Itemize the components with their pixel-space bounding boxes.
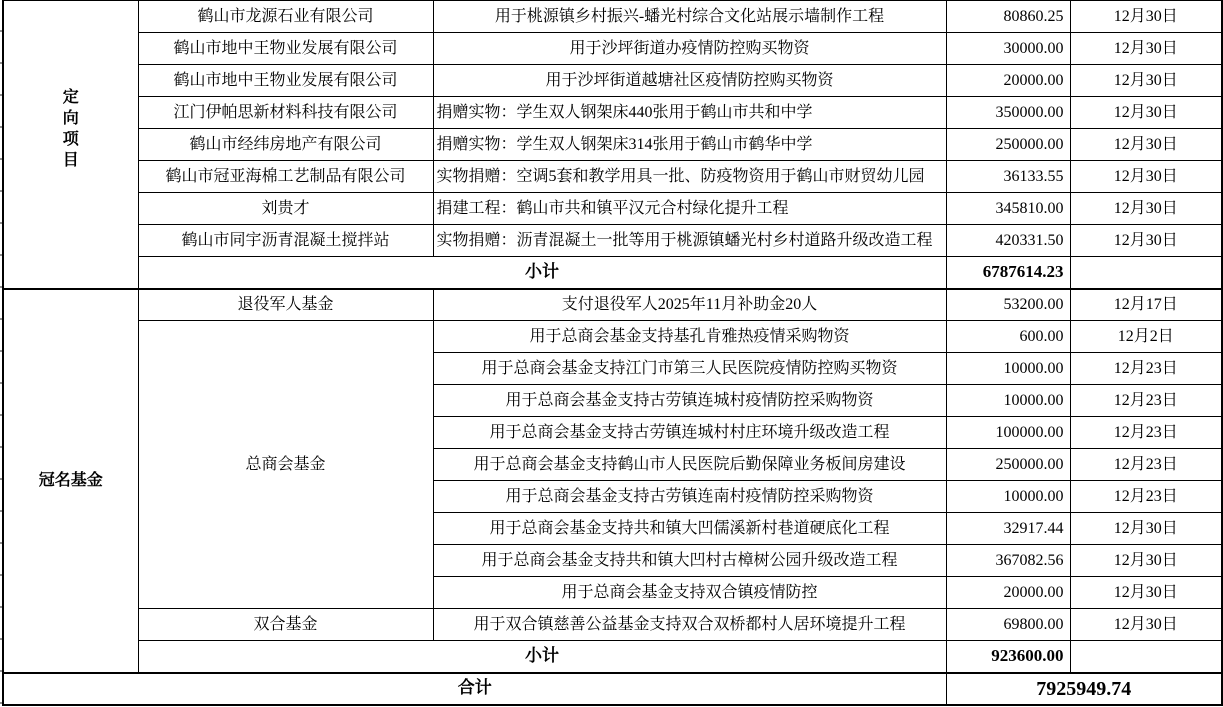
cropped-column-gridline-ticks: [0, 0, 2, 706]
category-label: 定向项目: [62, 87, 80, 171]
date-cell-empty: [1070, 641, 1222, 673]
donor-cell: 鹤山市同宇沥青混凝土搅拌站: [138, 225, 433, 257]
date-cell: 12月30日: [1070, 609, 1222, 641]
desc-cell: 用于总商会基金支持江门市第三人民医院疫情防控购买物资: [433, 353, 946, 385]
desc-cell: 用于总商会基金支持古劳镇连城村疫情防控采购物资: [433, 385, 946, 417]
desc-cell: 用于总商会基金支持基孔肯雅热疫情采购物资: [433, 321, 946, 353]
desc-cell: 用于沙坪街道越塘社区疫情防控购买物资: [433, 65, 946, 97]
date-cell: 12月17日: [1070, 289, 1222, 321]
table-row: 总商会基金 用于总商会基金支持基孔肯雅热疫情采购物资 600.00 12月2日: [3, 321, 1222, 353]
amount-cell: 36133.55: [946, 161, 1070, 193]
amount-cell: 367082.56: [946, 545, 1070, 577]
table-row: 鹤山市地中王物业发展有限公司 用于沙坪街道越塘社区疫情防控购买物资 20000.…: [3, 65, 1222, 97]
category-cell: 冠名基金: [3, 289, 138, 673]
table-row: 鹤山市经纬房地产有限公司 捐赠实物：学生双人钢架床314张用于鹤山市鹤华中学 2…: [3, 129, 1222, 161]
date-cell: 12月23日: [1070, 449, 1222, 481]
desc-cell: 用于桃源镇乡村振兴-蟠光村综合文化站展示墙制作工程: [433, 1, 946, 33]
donor-cell: 刘贵才: [138, 193, 433, 225]
amount-cell: 350000.00: [946, 97, 1070, 129]
desc-cell: 实物捐赠：沥青混凝土一批等用于桃源镇蟠光村乡村道路升级改造工程: [433, 225, 946, 257]
spreadsheet-table-crop: 定向项目 鹤山市龙源石业有限公司 用于桃源镇乡村振兴-蟠光村综合文化站展示墙制作…: [0, 0, 1223, 707]
date-cell: 12月30日: [1070, 1, 1222, 33]
total-row: 合计 7925949.74: [3, 673, 1222, 705]
table-row: 定向项目 鹤山市龙源石业有限公司 用于桃源镇乡村振兴-蟠光村综合文化站展示墙制作…: [3, 1, 1222, 33]
amount-cell: 100000.00: [946, 417, 1070, 449]
date-cell-empty: [1070, 257, 1222, 289]
desc-cell: 用于总商会基金支持共和镇大凹儒溪新村巷道硬底化工程: [433, 513, 946, 545]
desc-cell: 实物捐赠：空调5套和教学用具一批、防疫物资用于鹤山市财贸幼儿园: [433, 161, 946, 193]
subtotal-label: 小计: [138, 641, 946, 673]
table-row: 冠名基金 退役军人基金 支付退役军人2025年11月补助金20人 53200.0…: [3, 289, 1222, 321]
amount-cell: 600.00: [946, 321, 1070, 353]
amount-cell: 10000.00: [946, 385, 1070, 417]
table-row: 双合基金 用于双合镇慈善公益基金支持双合双桥都村人居环境提升工程 69800.0…: [3, 609, 1222, 641]
fund-cell: 退役军人基金: [138, 289, 433, 321]
total-label: 合计: [3, 673, 946, 705]
amount-cell: 420331.50: [946, 225, 1070, 257]
date-cell: 12月30日: [1070, 65, 1222, 97]
table-row: 鹤山市地中王物业发展有限公司 用于沙坪街道办疫情防控购买物资 30000.00 …: [3, 33, 1222, 65]
donor-cell: 鹤山市地中王物业发展有限公司: [138, 65, 433, 97]
amount-cell: 69800.00: [946, 609, 1070, 641]
table-row: 鹤山市冠亚海棉工艺制品有限公司 实物捐赠：空调5套和教学用具一批、防疫物资用于鹤…: [3, 161, 1222, 193]
table-row: 江门伊帕思新材料科技有限公司 捐赠实物：学生双人钢架床440张用于鹤山市共和中学…: [3, 97, 1222, 129]
subtotal-row: 小计 923600.00: [3, 641, 1222, 673]
amount-cell: 10000.00: [946, 353, 1070, 385]
date-cell: 12月30日: [1070, 161, 1222, 193]
donations-table: 定向项目 鹤山市龙源石业有限公司 用于桃源镇乡村振兴-蟠光村综合文化站展示墙制作…: [2, 0, 1223, 706]
desc-cell: 捐建工程：鹤山市共和镇平汉元合村绿化提升工程: [433, 193, 946, 225]
amount-cell: 250000.00: [946, 449, 1070, 481]
desc-cell: 支付退役军人2025年11月补助金20人: [433, 289, 946, 321]
amount-cell: 53200.00: [946, 289, 1070, 321]
subtotal-label: 小计: [138, 257, 946, 289]
fund-cell: 双合基金: [138, 609, 433, 641]
donor-cell: 鹤山市经纬房地产有限公司: [138, 129, 433, 161]
desc-cell: 捐赠实物：学生双人钢架床440张用于鹤山市共和中学: [433, 97, 946, 129]
date-cell: 12月23日: [1070, 481, 1222, 513]
desc-cell: 用于总商会基金支持双合镇疫情防控: [433, 577, 946, 609]
donor-cell: 鹤山市龙源石业有限公司: [138, 1, 433, 33]
amount-cell: 250000.00: [946, 129, 1070, 161]
amount-cell: 20000.00: [946, 65, 1070, 97]
amount-cell: 32917.44: [946, 513, 1070, 545]
fund-cell: 总商会基金: [138, 321, 433, 609]
date-cell: 12月23日: [1070, 385, 1222, 417]
date-cell: 12月30日: [1070, 513, 1222, 545]
table-row: 刘贵才 捐建工程：鹤山市共和镇平汉元合村绿化提升工程 345810.00 12月…: [3, 193, 1222, 225]
date-cell: 12月23日: [1070, 417, 1222, 449]
desc-cell: 用于总商会基金支持古劳镇连南村疫情防控采购物资: [433, 481, 946, 513]
date-cell: 12月30日: [1070, 545, 1222, 577]
table-row: 鹤山市同宇沥青混凝土搅拌站 实物捐赠：沥青混凝土一批等用于桃源镇蟠光村乡村道路升…: [3, 225, 1222, 257]
amount-cell: 20000.00: [946, 577, 1070, 609]
date-cell: 12月23日: [1070, 353, 1222, 385]
subtotal-row: 小计 6787614.23: [3, 257, 1222, 289]
date-cell: 12月30日: [1070, 33, 1222, 65]
date-cell: 12月2日: [1070, 321, 1222, 353]
subtotal-amount: 923600.00: [946, 641, 1070, 673]
desc-cell: 捐赠实物：学生双人钢架床314张用于鹤山市鹤华中学: [433, 129, 946, 161]
desc-cell: 用于总商会基金支持鹤山市人民医院后勤保障业务板间房建设: [433, 449, 946, 481]
date-cell: 12月30日: [1070, 193, 1222, 225]
donor-cell: 鹤山市地中王物业发展有限公司: [138, 33, 433, 65]
desc-cell: 用于总商会基金支持共和镇大凹村古樟树公园升级改造工程: [433, 545, 946, 577]
subtotal-amount: 6787614.23: [946, 257, 1070, 289]
desc-cell: 用于沙坪街道办疫情防控购买物资: [433, 33, 946, 65]
date-cell: 12月30日: [1070, 225, 1222, 257]
category-cell: 定向项目: [3, 1, 138, 289]
category-label: 冠名基金: [39, 472, 103, 489]
amount-cell: 10000.00: [946, 481, 1070, 513]
desc-cell: 用于双合镇慈善公益基金支持双合双桥都村人居环境提升工程: [433, 609, 946, 641]
amount-cell: 30000.00: [946, 33, 1070, 65]
date-cell: 12月30日: [1070, 97, 1222, 129]
amount-cell: 80860.25: [946, 1, 1070, 33]
total-amount: 7925949.74: [946, 673, 1222, 705]
donor-cell: 鹤山市冠亚海棉工艺制品有限公司: [138, 161, 433, 193]
desc-cell: 用于总商会基金支持古劳镇连城村村庄环境升级改造工程: [433, 417, 946, 449]
date-cell: 12月30日: [1070, 577, 1222, 609]
date-cell: 12月30日: [1070, 129, 1222, 161]
amount-cell: 345810.00: [946, 193, 1070, 225]
donor-cell: 江门伊帕思新材料科技有限公司: [138, 97, 433, 129]
